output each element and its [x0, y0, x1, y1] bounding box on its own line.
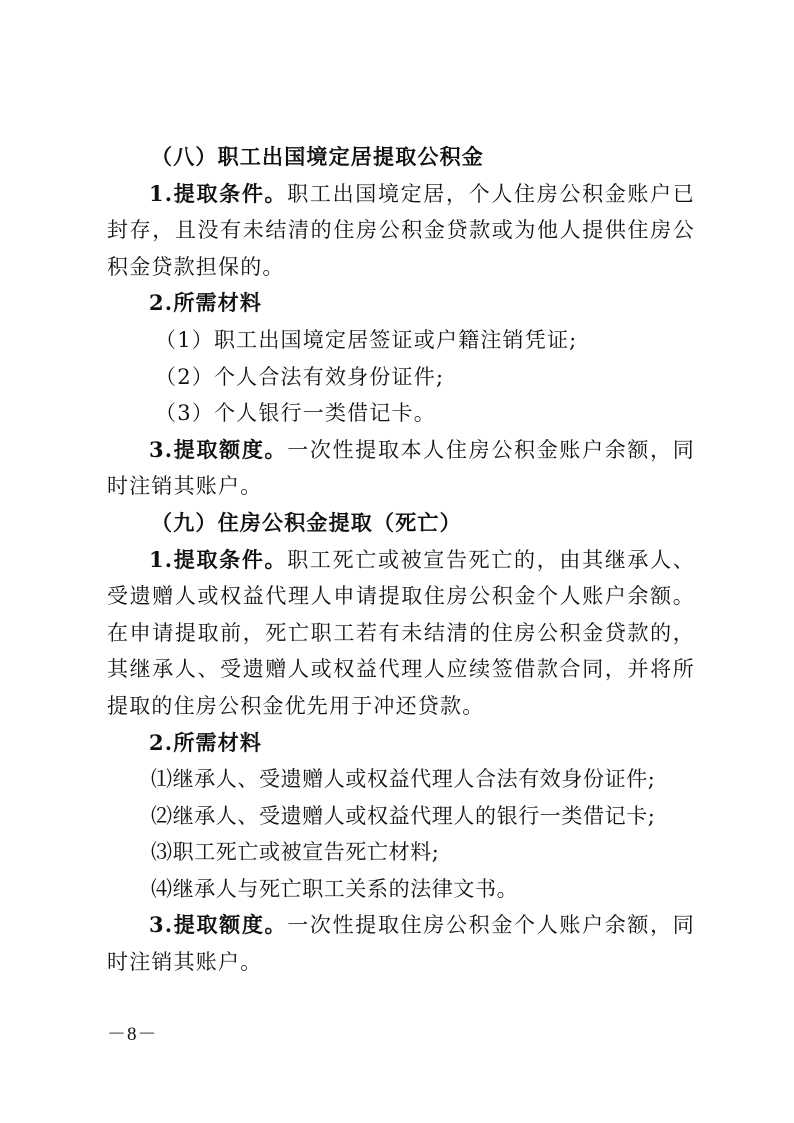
item-label: 1.提取条件。 [149, 547, 287, 572]
list-item: （2）个人合法有效身份证件; [107, 359, 695, 396]
item-label-materials: 2.所需材料 [107, 725, 695, 762]
document-body: （八）职工出国境定居提取公积金 1.提取条件。职工出国境定居，个人住房公积金账户… [107, 139, 695, 981]
list-item: ⑴继承人、受遗赠人或权益代理人合法有效身份证件; [107, 761, 695, 798]
item-label: 3.提取额度。 [149, 437, 287, 462]
list-item: ⑶职工死亡或被宣告死亡材料; [107, 834, 695, 871]
section-heading: （八）职工出国境定居提取公积金 [107, 139, 695, 176]
list-item: ⑷继承人与死亡职工关系的法律文书。 [107, 871, 695, 908]
paragraph-conditions: 1.提取条件。职工出国境定居，个人住房公积金账户已封存，且没有未结清的住房公积金… [107, 176, 695, 286]
item-text: 职工死亡或被宣告死亡的，由其继承人、受遗赠人或权益代理人申请提取住房公积金个人账… [107, 548, 695, 718]
paragraph-amount: 3.提取额度。一次性提取本人住房公积金账户余额，同时注销其账户。 [107, 432, 695, 505]
list-item: ⑵继承人、受遗赠人或权益代理人的银行一类借记卡; [107, 798, 695, 835]
list-item: （3）个人银行一类借记卡。 [107, 395, 695, 432]
page-number: －8－ [107, 1019, 158, 1046]
paragraph-conditions: 1.提取条件。职工死亡或被宣告死亡的，由其继承人、受遗赠人或权益代理人申请提取住… [107, 542, 695, 725]
paragraph-amount: 3.提取额度。一次性提取住房公积金个人账户余额，同时注销其账户。 [107, 907, 695, 980]
item-label-materials: 2.所需材料 [107, 285, 695, 322]
list-item: （1）职工出国境定居签证或户籍注销凭证; [107, 322, 695, 359]
section-heading: （九）住房公积金提取（死亡） [107, 505, 695, 542]
item-label: 1.提取条件。 [149, 181, 287, 206]
item-label: 3.提取额度。 [149, 912, 287, 937]
